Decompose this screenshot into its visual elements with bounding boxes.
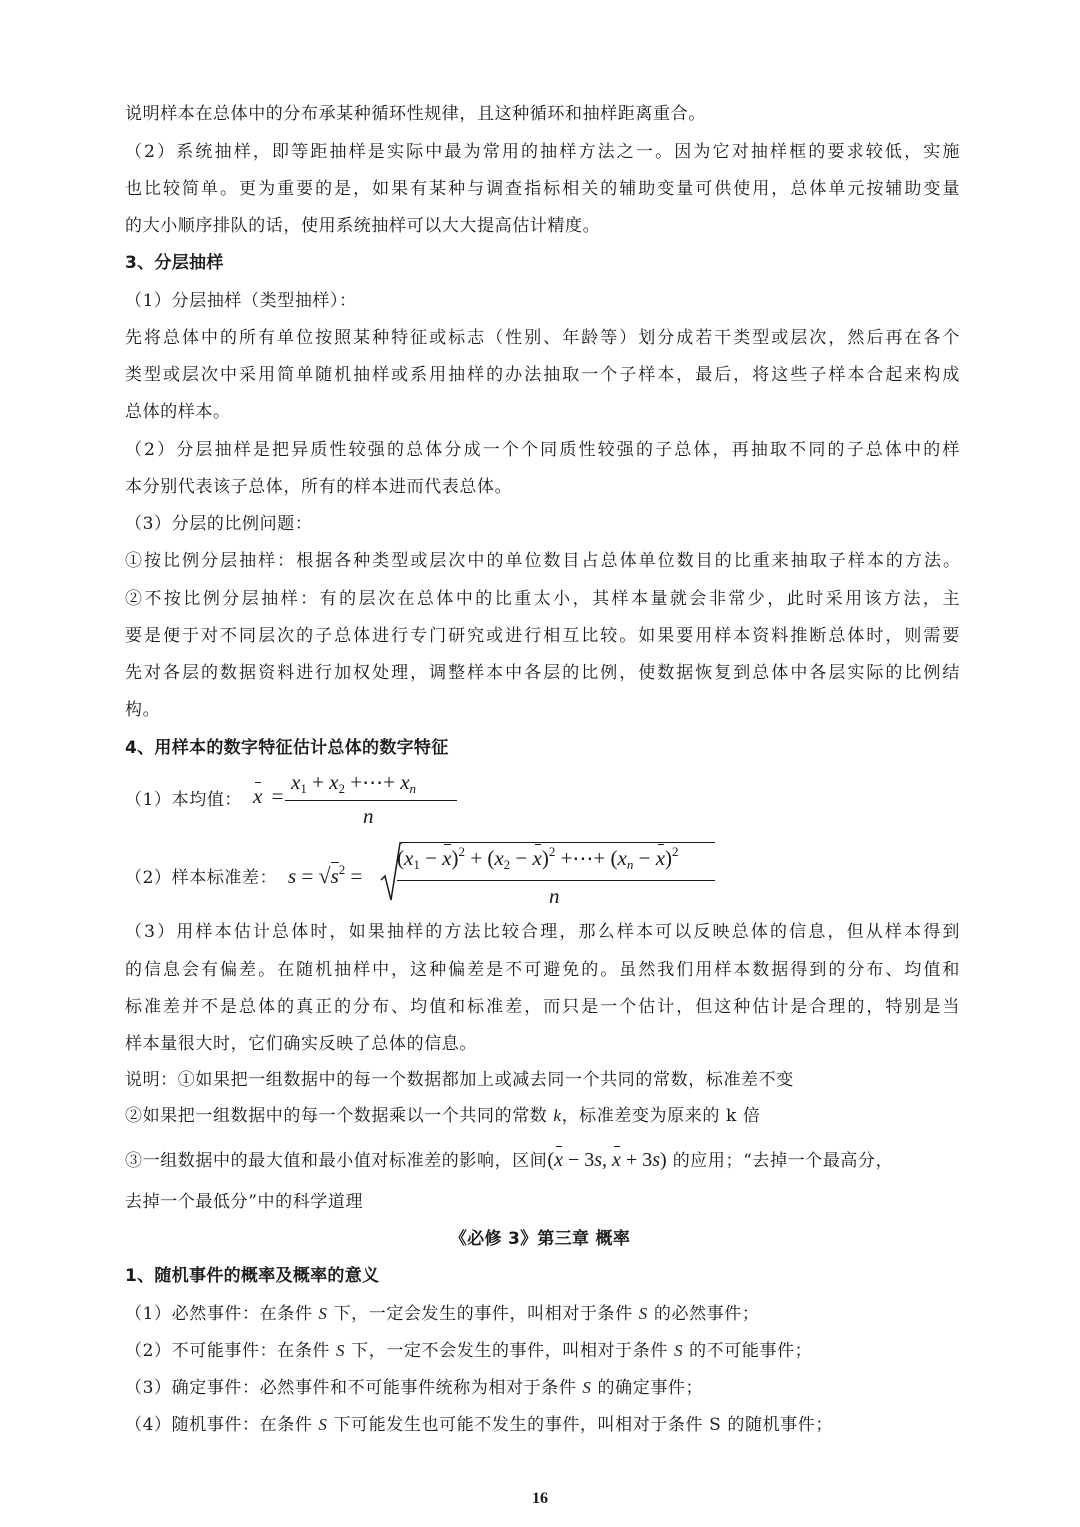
text-line: 类型或层次中采用简单随机抽样或系用抽样的办法抽取一个子样本，最后，将这些子样本合… — [125, 363, 960, 387]
text-line: （2）分层抽样是把异质性较强的总体分成一个个同质性较强的子总体，再抽取不同的子总… — [125, 438, 960, 462]
text-line: （2）系统抽样，即等距抽样是实际中最为常用的抽样方法之一。因为它对抽样框的要求较… — [125, 140, 960, 164]
note-2: ②如果把一组数据中的每一个数据乘以一个共同的常数 k，标准差变为原来的 k 倍 — [125, 1104, 960, 1128]
text-line: 去掉一个最低分”中的科学道理 — [125, 1190, 960, 1214]
note-1: 说明：①如果把一组数据中的每一个数据都加上或减去同一个共同的常数，标准差不变 — [125, 1068, 960, 1092]
mean-formula: （1）本均值： x = x1 + x2 +⋯+ xn n — [125, 770, 625, 830]
text-line: 先对各层的数据资料进行加权处理，调整样本中各层的比例，使数据恢复到总体中各层实际… — [125, 661, 960, 685]
event-item: （1）必然事件：在条件 S 下，一定会发生的事件，叫相对于条件 S 的必然事件； — [125, 1302, 960, 1326]
chapter-title: 《必修 3》第三章 概率 — [0, 1227, 1080, 1251]
text-line: （3）分层的比例问题： — [125, 512, 960, 536]
text-line: 构。 — [125, 698, 960, 722]
text-line: 样本量很大时，它们确实反映了总体的信息。 — [125, 1032, 960, 1056]
text-line: 也比较简单。更为重要的是，如果有某种与调查指标相关的辅助变量可供使用，总体单元按… — [125, 177, 960, 201]
text-line: （1）分层抽样（类型抽样）： — [125, 289, 960, 313]
event-item: （2）不可能事件：在条件 S 下，一定不会发生的事件，叫相对于条件 S 的不可能… — [125, 1339, 960, 1363]
note-3: ③一组数据中的最大值和最小值对标准差的影响，区间(x − 3s, x + 3s)… — [125, 1148, 960, 1173]
text-line: 先将总体中的所有单位按照某种特征或标志（性别、年龄等）划分成若干类型或层次，然后… — [125, 326, 960, 350]
text-line: （3）用样本估计总体时，如果抽样的方法比较合理，那么样本可以反映总体的信息，但从… — [125, 920, 960, 944]
text-line: 要是便于对不同层次的子总体进行专门研究或进行相互比较。如果要用样本资料推断总体时… — [125, 624, 960, 648]
event-item: （3）确定事件：必然事件和不可能事件统称为相对于条件 S 的确定事件； — [125, 1376, 960, 1400]
section-heading-3: 3、分层抽样 — [125, 251, 960, 275]
text-line: 标准差并不是总体的真正的分布、均值和标准差，而只是一个估计，但这种估计是合理的，… — [125, 995, 960, 1019]
mean-symbol: x — [253, 784, 262, 809]
text-line: 本分别代表该子总体，所有的样本进而代表总体。 — [125, 475, 960, 499]
event-item: （4）随机事件：在条件 S 下可能发生也可能不发生的事件，叫相对于条件 S 的随… — [125, 1413, 960, 1437]
text-line: ②不按比例分层抽样：有的层次在总体中的比重太小，其样本量就会非常少，此时采用该方… — [125, 587, 960, 611]
std-formula: （2）样本标准差： s = √s2 = (x1 − x)2 + (x2 − x)… — [125, 838, 745, 908]
formula-label: （1）本均值： — [125, 788, 242, 812]
page-number: 16 — [0, 1490, 1080, 1508]
text-line: 总体的样本。 — [125, 400, 960, 424]
document-page: 说明样本在总体中的分布承某种循环性规律，且这种循环和抽样距离重合。 （2）系统抽… — [0, 0, 1080, 1527]
formula-label: （2）样本标准差： — [125, 866, 277, 890]
section-heading-4: 4、用样本的数字特征估计总体的数字特征 — [125, 736, 960, 760]
text-line: 的大小顺序排队的话，使用系统抽样可以大大提高估计精度。 — [125, 214, 960, 238]
text-line: ①按比例分层抽样：根据各种类型或层次中的单位数目占总体单位数目的比重来抽取子样本… — [125, 549, 960, 573]
section-heading-1: 1、随机事件的概率及概率的意义 — [125, 1264, 960, 1288]
text-line: 说明样本在总体中的分布承某种循环性规律，且这种循环和抽样距离重合。 — [125, 102, 960, 126]
text-line: 的信息会有偏差。在随机抽样中，这种偏差是不可避免的。虽然我们用样本数据得到的分布… — [125, 958, 960, 982]
